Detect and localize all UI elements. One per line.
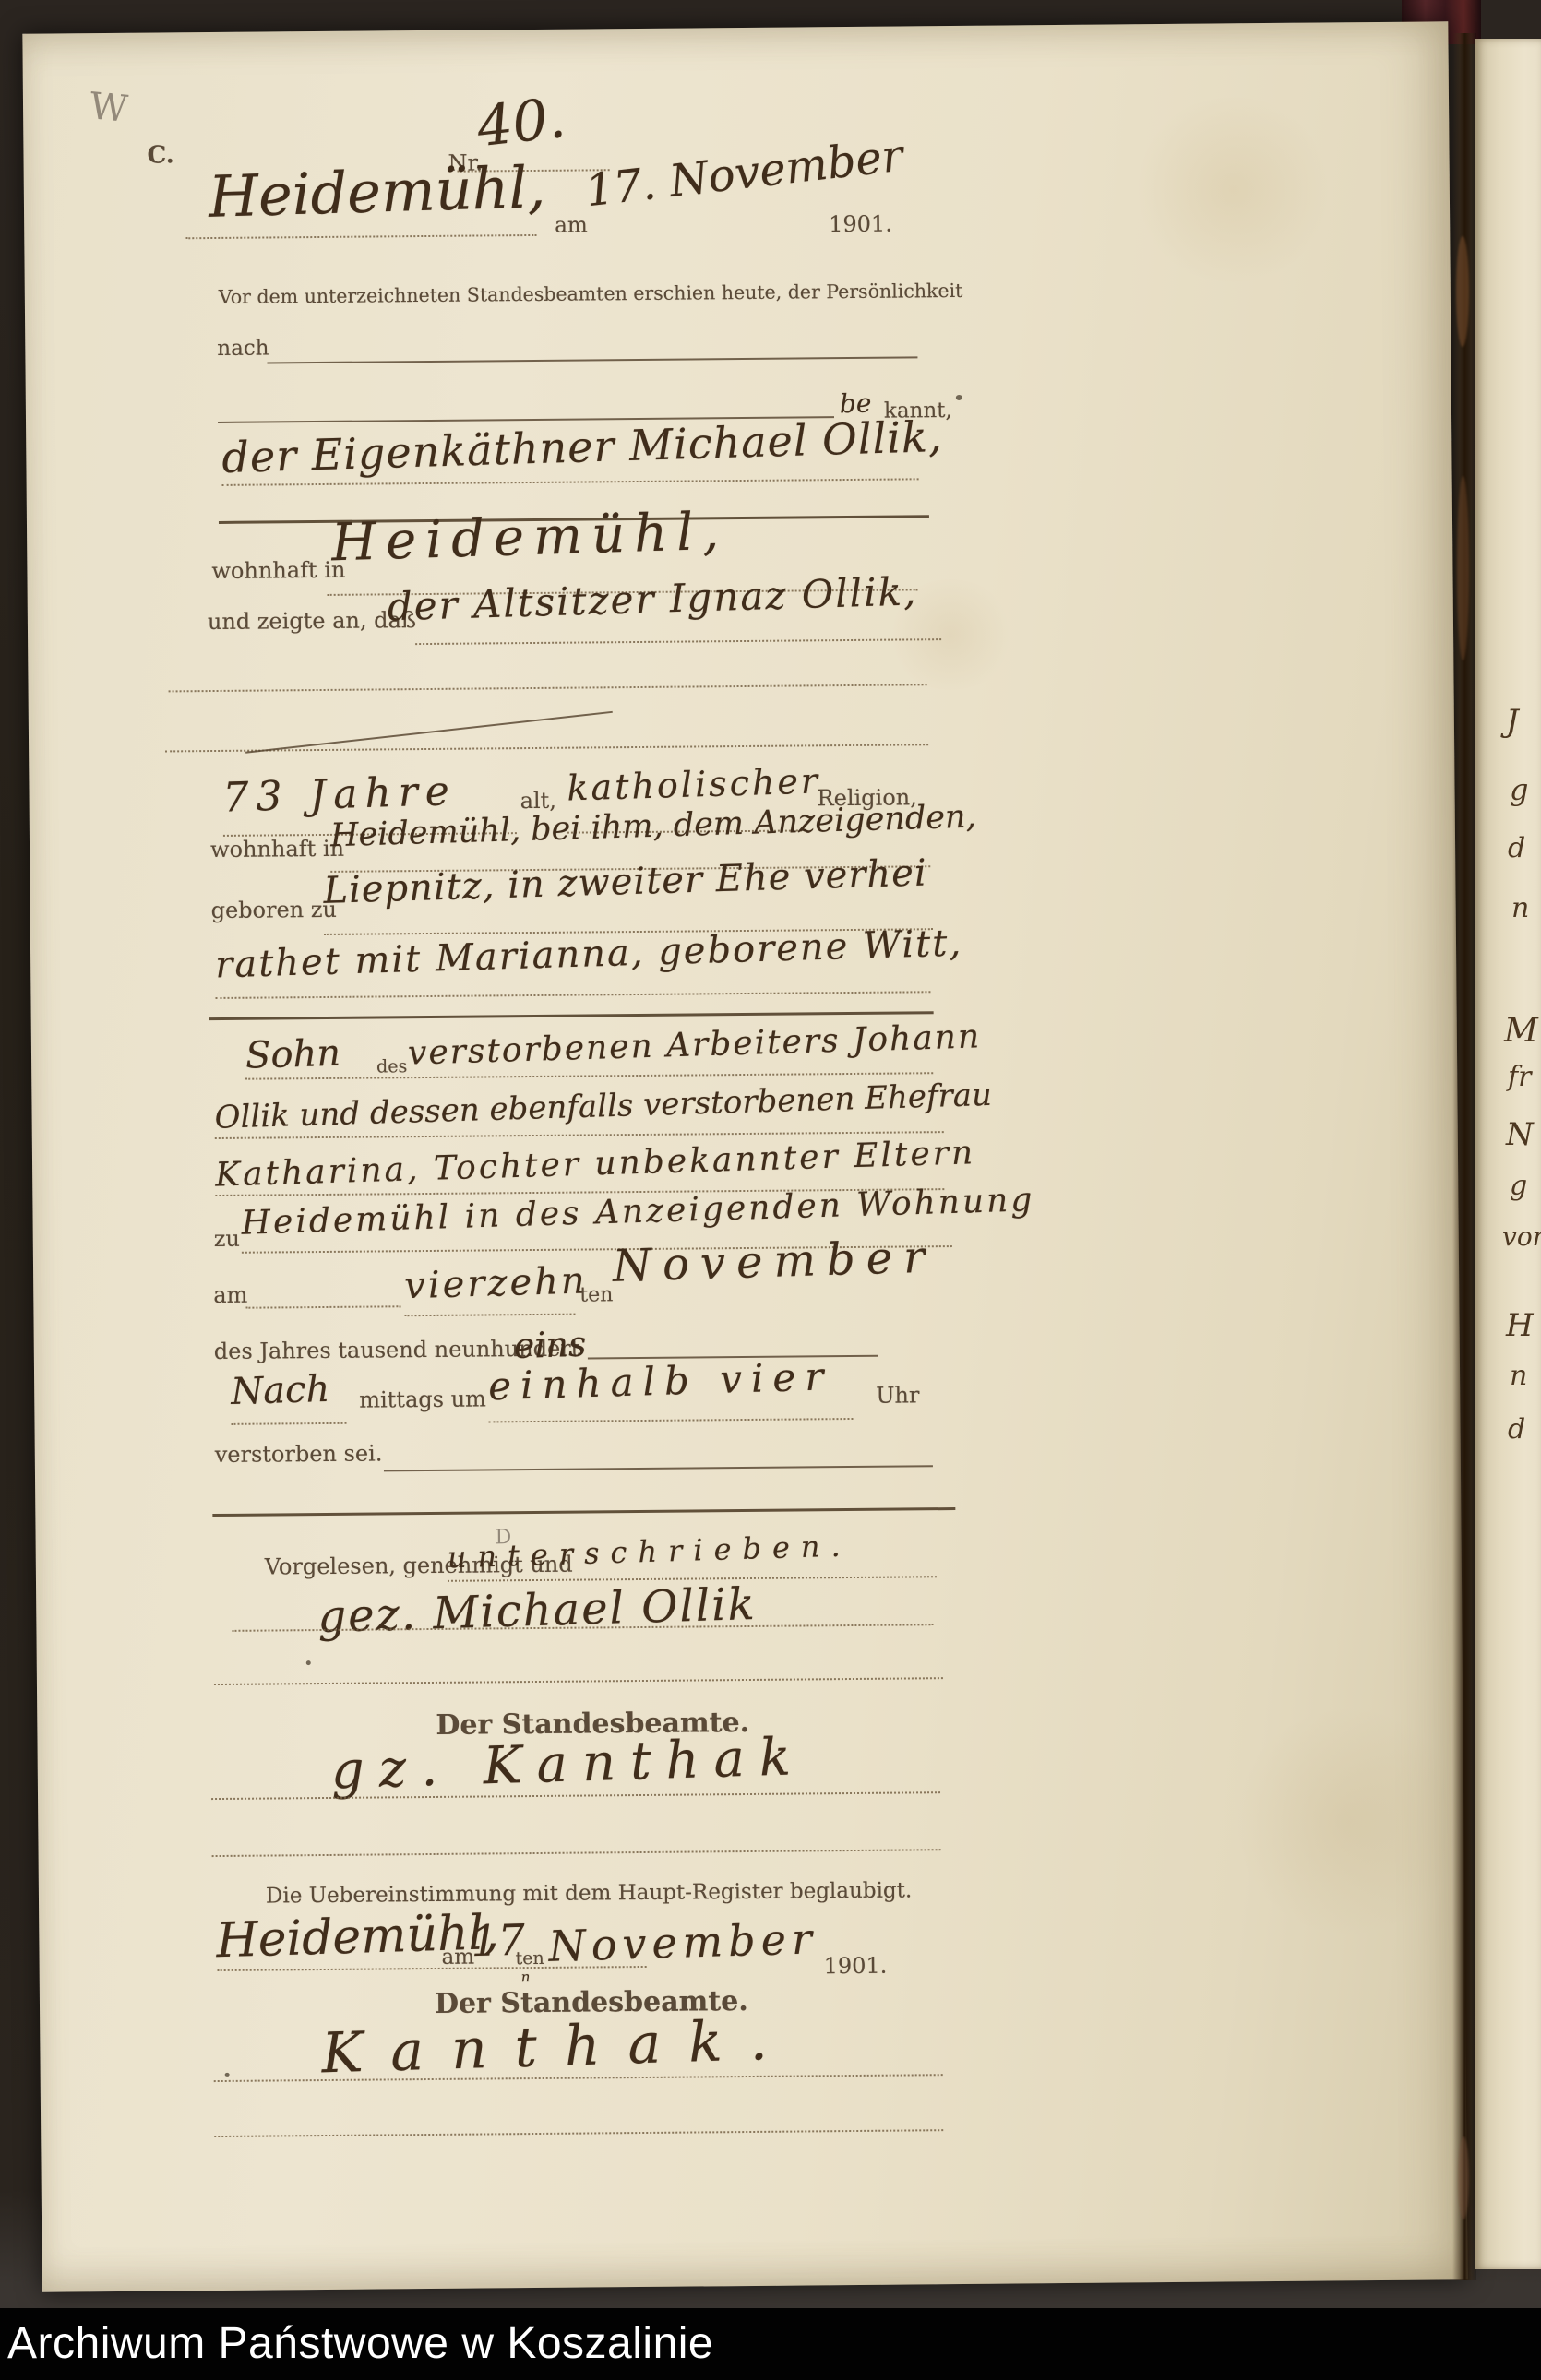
paper-stain bbox=[1236, 1700, 1460, 1942]
hand-deceased: der Altsitzer Ignaz Ollik, bbox=[387, 568, 918, 629]
geboren-label: geboren zu bbox=[211, 897, 337, 923]
section-letter: C. bbox=[147, 141, 174, 169]
rule-dotted bbox=[245, 1305, 400, 1308]
gutter-stain bbox=[1456, 236, 1469, 347]
rule-dotted bbox=[415, 638, 941, 645]
ink-speck bbox=[956, 395, 962, 400]
header-year: 1901. bbox=[829, 211, 892, 238]
header-place: Heidemühl, bbox=[208, 153, 546, 231]
printed-intro: Vor dem unterzeichneten Standesbeamten e… bbox=[219, 280, 963, 308]
margin-fragment: M bbox=[1504, 1012, 1538, 1050]
rule-dotted bbox=[231, 1422, 346, 1425]
margin-fragment: d bbox=[1508, 832, 1525, 864]
wohnhaft-label: wohnhaft in bbox=[211, 557, 345, 584]
margin-fragment: fr bbox=[1508, 1061, 1531, 1093]
gutter-stain bbox=[1457, 476, 1469, 660]
rule-dotted bbox=[488, 1418, 853, 1422]
margin-fragment: d bbox=[1508, 1413, 1525, 1446]
record-number: 40. bbox=[474, 86, 569, 160]
rule-dotted bbox=[215, 991, 930, 999]
verstorben-label: verstorben sei. bbox=[215, 1440, 383, 1468]
register-page: W C. Nr. 40. Heidemühl, am 17. November … bbox=[22, 21, 1467, 2291]
certify-ten-sub: n bbox=[520, 1969, 530, 1985]
margin-fragment: n bbox=[1511, 892, 1529, 924]
hand-residence: Heidemühl, bbox=[330, 502, 729, 574]
rule-solid bbox=[267, 356, 917, 363]
hand-death-day: vierzehn bbox=[404, 1259, 589, 1307]
hand-daypart: Nach bbox=[231, 1368, 330, 1413]
signature-registrar: gz. Kanthak bbox=[330, 1727, 806, 1801]
des-label: des bbox=[376, 1056, 407, 1077]
header-date: 17. November bbox=[583, 130, 906, 218]
margin-fragment: n bbox=[1510, 1360, 1527, 1392]
signature-declarant: gez. Michael Ollik bbox=[317, 1578, 758, 1643]
next-page-edge: J g d n M fr N g von H n d bbox=[1475, 39, 1541, 2269]
pencil-mark: W bbox=[88, 85, 129, 131]
certify-ten-label: ten bbox=[515, 1948, 544, 1969]
margin-fragment: von bbox=[1502, 1221, 1541, 1252]
hand-certify-month: November bbox=[548, 1913, 818, 1971]
zu-label: zu bbox=[214, 1226, 240, 1252]
rule-dotted bbox=[214, 1677, 943, 1685]
ink-speck bbox=[225, 2073, 230, 2077]
rule-dotted bbox=[214, 2129, 943, 2137]
hand-father: verstorbenen Arbeiters Johann bbox=[407, 1017, 981, 1072]
zeigte-label: und zeigte an, daß bbox=[208, 607, 416, 635]
hand-time: einhalb vier bbox=[487, 1353, 832, 1409]
hand-age: 73 Jahre bbox=[222, 768, 458, 821]
rule-dotted bbox=[404, 1314, 575, 1317]
archive-caption-text: Archiwum Państwowe w Koszalinie bbox=[7, 2308, 713, 2380]
certify-label: Die Uebereinstimmung mit dem Haupt-Regis… bbox=[266, 1878, 912, 1908]
margin-fragment: J bbox=[1506, 703, 1519, 740]
nach-label: nach bbox=[217, 336, 269, 360]
rule-solid bbox=[209, 1011, 934, 1020]
margin-fragment: g bbox=[1510, 1170, 1527, 1202]
margin-fragment: H bbox=[1506, 1307, 1534, 1344]
rule-dotted bbox=[169, 684, 927, 692]
rule-dotted bbox=[185, 234, 536, 239]
archive-caption-bar: Archiwum Państwowe w Koszalinie bbox=[0, 2308, 1541, 2380]
uhr-label: Uhr bbox=[876, 1382, 919, 1408]
am2-label: am bbox=[213, 1282, 247, 1308]
wohnhaft2-label: wohnhaft in bbox=[210, 836, 344, 863]
ink-speck bbox=[306, 1660, 311, 1665]
mittags-label: mittags um bbox=[359, 1386, 486, 1412]
rule-dotted bbox=[212, 1849, 941, 1857]
hand-religion: katholischer bbox=[567, 760, 821, 808]
margin-fragment: g bbox=[1510, 772, 1528, 807]
hand-year: eins bbox=[513, 1324, 587, 1366]
hand-parents2: Ollik und dessen ebenfalls verstorbenen … bbox=[214, 1077, 992, 1136]
photo-canvas: W C. Nr. 40. Heidemühl, am 17. November … bbox=[0, 0, 1541, 2380]
certify-am-label: am bbox=[441, 1946, 474, 1969]
certify-year: 1901. bbox=[824, 1953, 888, 1980]
rule-solid bbox=[384, 1465, 933, 1471]
ten-label: ten bbox=[579, 1283, 613, 1306]
rule-solid bbox=[212, 1507, 955, 1517]
hand-birthplace: Liepnitz, in zweiter Ehe verhei bbox=[323, 851, 927, 911]
hand-sohn: Sohn bbox=[245, 1032, 340, 1077]
signature-registrar2: Kanthak. bbox=[320, 2007, 795, 2086]
alt-label: alt, bbox=[520, 788, 557, 814]
binding-gutter bbox=[1452, 33, 1476, 2280]
am-label: am bbox=[555, 213, 588, 237]
margin-fragment: N bbox=[1506, 1116, 1534, 1153]
gutter-stain bbox=[1458, 2136, 1469, 2219]
paper-stain bbox=[1130, 96, 1335, 282]
rule-dotted bbox=[245, 1072, 933, 1080]
hand-death-month: November bbox=[612, 1232, 937, 1292]
